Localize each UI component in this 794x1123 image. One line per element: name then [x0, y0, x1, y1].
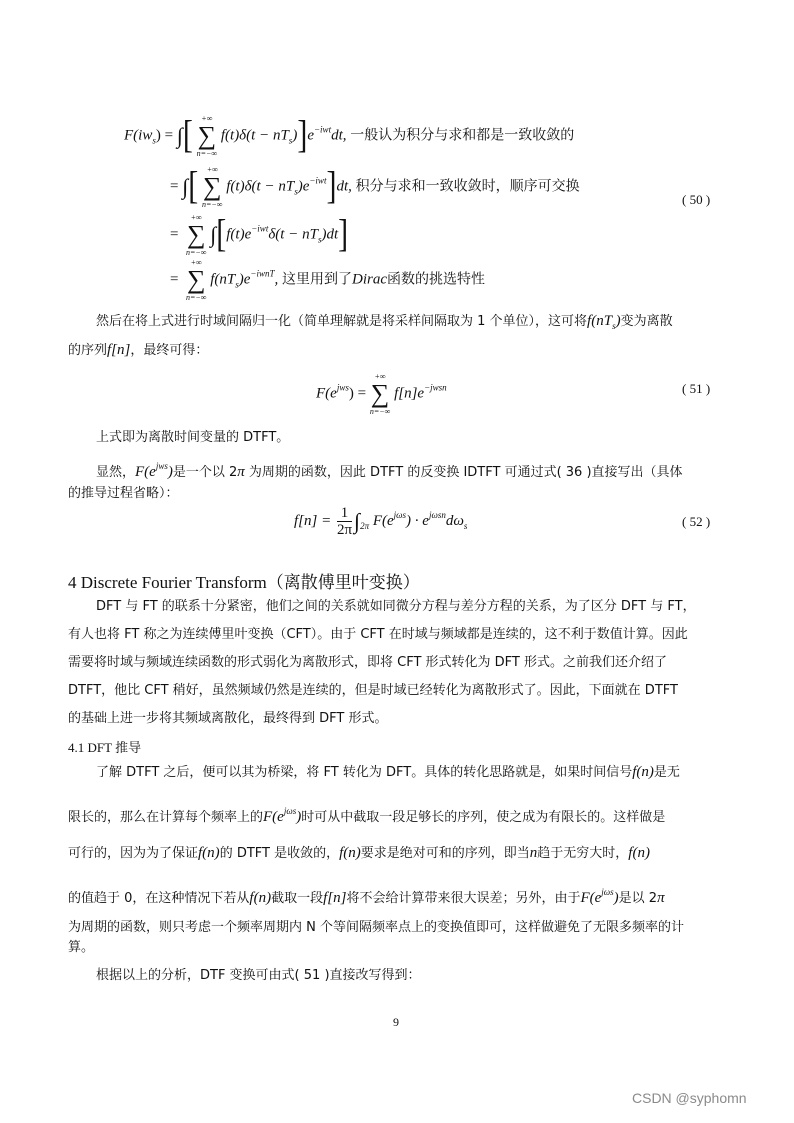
eq50-l2-body: f(t)δ(t − nT [226, 178, 294, 194]
para2: 上式即为离散时间变量的 DTFT。 [96, 430, 289, 446]
sum-sign: +∞∑n=−∞ [184, 213, 208, 257]
section4-line-2: 有人也将 FT 称之为连续傅里叶变换（CFT）。由于 CFT 在时域与频域都是连… [68, 627, 688, 643]
para3-line2: 的推导过程省略）： [68, 486, 179, 502]
sec41-l4-m1: f(n) [249, 890, 271, 906]
para1-l2-pre: 的序列 [68, 343, 107, 358]
left-bracket: [ [188, 165, 198, 209]
eq50-l4-body: f(nT [210, 271, 235, 287]
eq51-number: ( 51 ) [682, 381, 710, 397]
eq50-l1-dt: dt, [331, 127, 346, 143]
eq50-l3-exp: −iw [251, 223, 266, 233]
para1-line1: 然后在将上式进行时域间隔归一化（简单理解就是将采样间隔取为 1 个单位），这可将… [96, 313, 673, 334]
sec41-l2-math: F(e [263, 809, 284, 825]
eq52-int-lower: 2π [360, 521, 369, 531]
para3-l1-pre: 显然， [96, 465, 135, 480]
sec41-l4-exp: jω [601, 887, 610, 897]
eq52-dw-sub: s [464, 521, 468, 531]
para1-l1-math: f(nT [587, 313, 612, 329]
sec41-l1-math: f(n) [632, 764, 654, 780]
left-bracket: [ [183, 114, 193, 158]
right-bracket: ] [326, 165, 336, 209]
eq51-lhs-close: ) = [349, 385, 366, 401]
para1-l1-pre: 然后在将上式进行时域间隔归一化（简单理解就是将采样间隔取为 1 个单位），这可将 [96, 314, 587, 329]
sec41-line-3: 可行的，因为为了保证f(n)的 DTFT 是收敛的，f(n)要求是绝对可和的序列… [68, 845, 650, 862]
eq50-l1-exp: −iw [314, 124, 329, 134]
eq50-lhs: F(iw [124, 127, 152, 143]
eq50-line-1: F(iws) = ∫[+∞∑n=−∞f(t)δ(t − nTs)]e−iwtdt… [124, 114, 574, 158]
frac-num: 1 [337, 505, 352, 522]
eq50-l1-body: f(t)δ(t − nT [221, 127, 289, 143]
watermark: CSDN @syphomn [632, 1090, 747, 1106]
eq50-l4-tail: )e [239, 271, 251, 287]
eq50-l4-prefix: = [170, 271, 178, 287]
sum-sign: +∞∑n=−∞ [184, 258, 208, 302]
eq50-l2-prefix: = [170, 178, 178, 194]
eq50-l2-exp: −iw [309, 175, 324, 185]
eq50-l3-body: f(t)e [226, 226, 251, 242]
eq50-l3-body2: δ(t − nT [268, 226, 318, 242]
section4-line-1: DFT 与 FT 的联系十分紧密，他们之间的关系就如同微分方程与差分方程的关系，… [96, 599, 696, 615]
frac-den: 2π [337, 522, 352, 538]
sec41-l3-m1: f(n) [198, 845, 220, 861]
section4-line-5: 的基础上进一步将其频域离散化，最终得到 DFT 形式。 [68, 711, 387, 727]
eq52-body-exp2: jω [429, 510, 438, 520]
sec41-line-4: 的值趋于 0，在这种情况下若从f(n)截取一段f[n]将不会给计算带来很大误差；… [68, 884, 665, 907]
eq51-rhs-exp: −jw [424, 382, 439, 392]
eq50-l3-prefix: = [170, 226, 178, 242]
eq50-l4-comment: 这里用到了Dirac函数的挑选特性 [282, 271, 485, 287]
eq50-line-2: = ∫[+∞∑n=−∞f(t)δ(t − nTs)e−iwt]dt, 积分与求和… [170, 165, 580, 209]
eq51-lhs: F(e [316, 385, 337, 401]
eq52-body-exp: jω [394, 510, 403, 520]
eq50-line-3: = +∞∑n=−∞∫[f(t)e−iwtδ(t − nTs)dt] [170, 213, 348, 257]
para1-line2: 的序列f[n]，最终可得： [68, 342, 208, 359]
sec41-line-5: 为周期的函数，则只考虑一个频率周期内 N 个等间隔频率点上的变换值即可，这样做避… [68, 920, 684, 936]
para1-l2-post: ，最终可得： [130, 343, 208, 358]
sec41-l3-d: 趋于无穷大时， [537, 846, 628, 861]
eq51-rhs: f[n]e [394, 385, 424, 401]
eq50-l3-tail: )dt [321, 226, 338, 242]
eq52-number: ( 52 ) [682, 514, 710, 530]
sec41-l4-m3: F(e [580, 890, 601, 906]
eq52-body: F(e [373, 513, 394, 529]
sec41-l3-m3: f(n) [628, 845, 650, 861]
sec41-l1-pre: 了解 DTFT 之后，便可以其为桥梁，将 FT 转化为 DFT。具体的转化思路就… [96, 765, 632, 780]
para3-line1: 显然，F(ejws)是一个以 2π 为周期的函数，因此 DTFT 的反变换 ID… [96, 458, 683, 481]
sec41-l2-post: 时可从中截取一段足够长的序列，使之成为有限长的。这样做是 [301, 810, 665, 825]
para3-l1-post: 为周期的函数，因此 DTFT 的反变换 IDTFT 可通过式( 36 )直接写出… [245, 465, 683, 480]
eq50-l4-exp: −iw [250, 268, 265, 278]
sec41-line-7: 根据以上的分析，DTF 变换可由式( 51 )直接改写得到： [96, 968, 421, 984]
eq50-l2-comment: 积分与求和一致收敛时，顺序可交换 [356, 178, 580, 194]
page-number: 9 [393, 1015, 399, 1030]
eq50-l4-comment-pre: 这里用到了 [282, 271, 352, 287]
fraction: 12π [337, 505, 352, 538]
eq52-body-close: ) · e [406, 513, 429, 529]
eq50-l4-comment-post: 函数的挑选特性 [387, 271, 485, 287]
right-bracket: ] [338, 213, 348, 257]
equation-52: f[n] = 12π∫2π F(ejωs) · ejωsndωs [294, 505, 467, 538]
eq50-l2-tail: )e [298, 178, 310, 194]
sum-sign: +∞∑n=−∞ [368, 372, 392, 416]
eq50-number: ( 50 ) [682, 192, 710, 208]
sec41-l2-pre: 限长的，那么在计算每个频率上的 [68, 810, 263, 825]
sec41-l4-c: 将不会给计算带来很大误差；另外，由于 [346, 891, 580, 906]
eq50-l4-exp-t: nT [265, 268, 275, 278]
eq52-lhs: f[n] = [294, 513, 331, 529]
left-bracket: [ [216, 213, 226, 257]
sec41-l4-pi: π [657, 890, 665, 906]
para3-l1-pi: π [237, 464, 245, 480]
eq50-l4-comment-italic: Dirac [352, 271, 387, 287]
sec41-l4-m2: f[n] [323, 890, 346, 906]
sec41-l3-c: 要求是绝对可和的序列，即当 [361, 846, 530, 861]
sec41-l2-exp: jω [284, 806, 293, 816]
section4-line-4: DTFT，他比 CFT 稍好，虽然频域仍然是连续的，但是时域已经转化为离散形式了… [68, 683, 678, 699]
right-bracket: ] [297, 114, 307, 158]
eq50-l2-dt: dt, [336, 178, 351, 194]
sum-sign: +∞∑n=−∞ [200, 165, 224, 209]
eq50-l4-comma: , [275, 271, 279, 287]
para1-l2-math: f[n] [107, 342, 130, 358]
eq52-dw: dω [446, 513, 464, 529]
section4-line-3: 需要将时域与频域连续函数的形式弱化为离散形式，即将 CFT 形式转化为 DFT … [68, 655, 667, 671]
sec41-l3-m2: f(n) [339, 845, 361, 861]
eq50-l1-comment: 一般认为积分与求和都是一致收敛的 [350, 127, 574, 143]
sec41-line-2: 限长的，那么在计算每个频率上的F(ejωs)时可从中截取一段足够长的序列，使之成… [68, 803, 665, 826]
sec41-l1-post: 是无 [654, 765, 680, 780]
equation-51: F(ejws) =+∞∑n=−∞f[n]e−jwsn [316, 372, 447, 416]
sum-sign: +∞∑n=−∞ [195, 114, 219, 158]
sec41-l4-b: 截取一段 [271, 891, 323, 906]
sec41-l4-a: 的值趋于 0，在这种情况下若从 [68, 891, 249, 906]
sec41-line-6: 算。 [68, 940, 94, 956]
sec41-l3-a: 可行的，因为为了保证 [68, 846, 198, 861]
para3-l1-math: F(e [135, 464, 156, 480]
eq50-line-4: = +∞∑n=−∞f(nTs)e−iwnT, 这里用到了Dirac函数的挑选特性 [170, 258, 485, 302]
para3-l1-mid: 是一个以 2 [173, 465, 237, 480]
section-4-1-title: 4.1 DFT 推导 [68, 737, 141, 756]
sec41-line-1: 了解 DTFT 之后，便可以其为桥梁，将 FT 转化为 DFT。具体的转化思路就… [96, 764, 680, 781]
eq51-rhs-exp-n: n [442, 382, 447, 392]
section-4-title: 4 Discrete Fourier Transform（离散傅里叶变换） [68, 568, 420, 593]
sec41-l4-d: 是以 2 [619, 891, 657, 906]
eq50-l1-exp-base: e [307, 127, 314, 143]
para1-l1-post: 变为离散 [621, 314, 673, 329]
sec41-l3-b: 的 DTFT 是收敛的， [220, 846, 339, 861]
